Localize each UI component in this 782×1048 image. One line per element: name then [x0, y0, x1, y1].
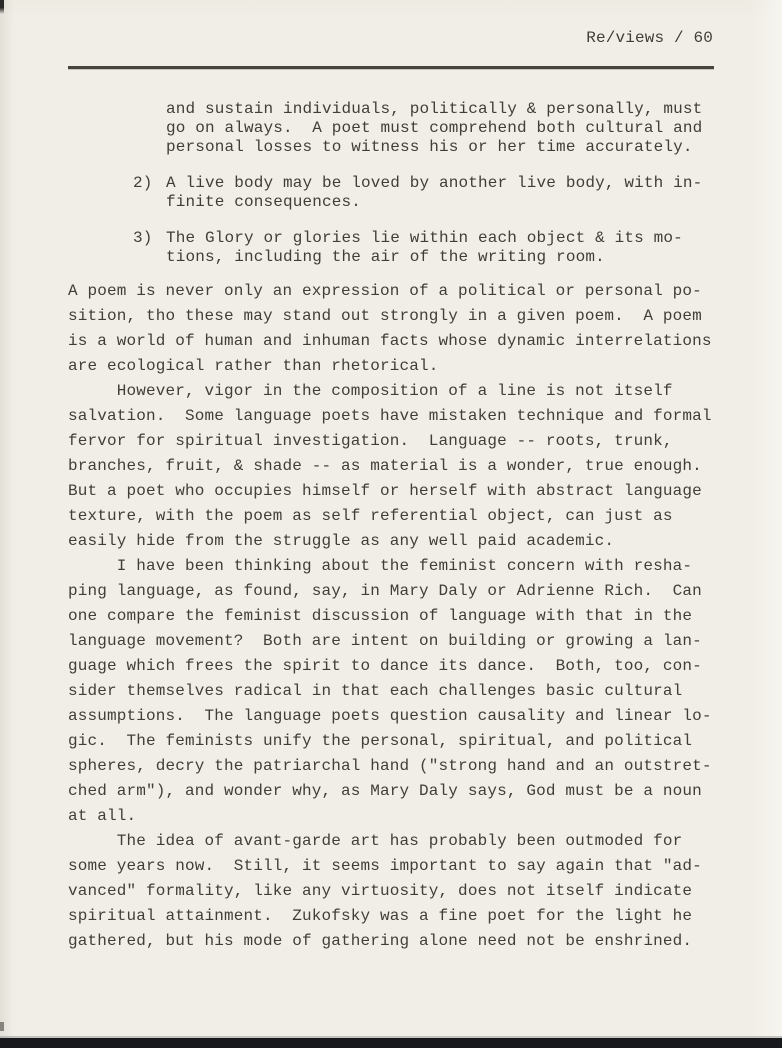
scanned-document-page: Re/views / 60 and sustain individuals, p… [0, 0, 782, 1048]
header-rule [68, 66, 714, 69]
body-text: A poem is never only an expression of a … [68, 279, 712, 954]
list-item: 2) A live body may be loved by another l… [133, 174, 702, 212]
list-item: 3) The Glory or glories lie within each … [133, 229, 702, 267]
list-item-text: and sustain individuals, politically & p… [166, 100, 702, 157]
paragraph: A poem is never only an expression of a … [68, 279, 712, 379]
scan-edge-artifact [0, 1022, 4, 1031]
scan-bottom-edge-bar [0, 1038, 782, 1048]
list-item: and sustain individuals, politically & p… [133, 100, 702, 157]
list-item-marker [133, 100, 166, 157]
list-item-marker: 2) [133, 174, 166, 212]
list-item-text: The Glory or glories lie within each obj… [166, 229, 683, 267]
scan-corner-artifact [0, 0, 4, 14]
paragraph: I have been thinking about the feminist … [68, 554, 712, 829]
paragraph: The idea of avant-garde art has probably… [68, 829, 712, 954]
paragraph: However, vigor in the composition of a l… [68, 379, 712, 554]
list-item-text: A live body may be loved by another live… [166, 174, 702, 212]
running-header: Re/views / 60 [586, 29, 713, 47]
list-item-marker: 3) [133, 229, 166, 267]
numbered-list: and sustain individuals, politically & p… [133, 100, 702, 284]
